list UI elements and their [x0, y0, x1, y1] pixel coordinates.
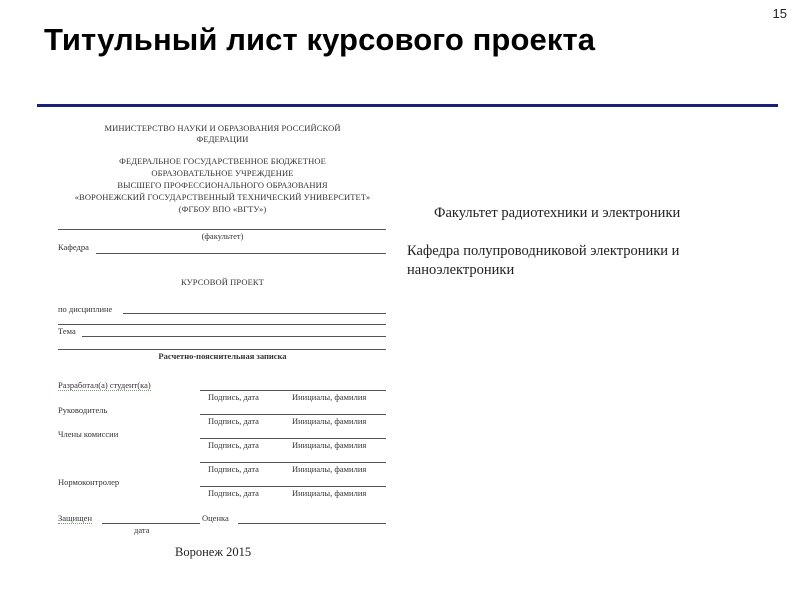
- title-underline: [37, 104, 778, 107]
- ministry-line-2: ФЕДЕРАЦИИ: [50, 134, 395, 146]
- date-caption: дата: [134, 525, 149, 535]
- institution-line-3: ВЫСШЕГО ПРОФЕССИОНАЛЬНОГО ОБРАЗОВАНИЯ: [50, 180, 395, 192]
- grade-line: [238, 523, 386, 524]
- topic-label: Тема: [58, 326, 76, 336]
- defended-date-line: [102, 523, 200, 524]
- signature-caption: Подпись, дата: [208, 488, 259, 498]
- department-label: Кафедра: [58, 242, 89, 252]
- signature-caption: Подпись, дата: [208, 392, 259, 402]
- name-caption: Инициалы, фамилия: [292, 440, 366, 450]
- role-norm-controller: Нормоконтролер: [58, 477, 119, 487]
- name-caption: Инициалы, фамилия: [292, 416, 366, 426]
- discipline-line: [123, 313, 386, 314]
- faculty-note: Факультет радиотехники и электроники: [434, 205, 680, 222]
- discipline-label: по дисциплине: [58, 304, 112, 314]
- norm-controller-sign-line: [200, 486, 386, 487]
- commission-sign-line-2: [200, 462, 386, 463]
- project-heading: КУРСОВОЙ ПРОЕКТ: [50, 277, 395, 289]
- faculty-caption: (факультет): [50, 231, 395, 243]
- note-heading: Расчетно-пояснительная записка: [50, 351, 395, 363]
- commission-sign-line-1: [200, 438, 386, 439]
- name-caption: Инициалы, фамилия: [292, 488, 366, 498]
- department-line: [96, 253, 386, 254]
- institution-line-5: (ФГБОУ ВПО «ВГТУ»): [50, 204, 395, 216]
- institution-line-4: «ВОРОНЕЖСКИЙ ГОСУДАРСТВЕННЫЙ ТЕХНИЧЕСКИЙ…: [50, 192, 395, 204]
- city-year: Воронеж 2015: [175, 545, 251, 560]
- signature-caption: Подпись, дата: [208, 464, 259, 474]
- department-note: Кафедра полупроводниковой электроники и …: [407, 242, 767, 280]
- name-caption: Инициалы, фамилия: [292, 464, 366, 474]
- faculty-line: [58, 229, 386, 230]
- institution-line-2: ОБРАЗОВАТЕЛЬНОЕ УЧРЕЖДЕНИЕ: [50, 168, 395, 180]
- developer-sign-line: [200, 390, 386, 391]
- name-caption: Инициалы, фамилия: [292, 392, 366, 402]
- institution-line-1: ФЕДЕРАЛЬНОЕ ГОСУДАРСТВЕННОЕ БЮДЖЕТНОЕ: [50, 156, 395, 168]
- role-commission: Члены комиссии: [58, 429, 118, 439]
- role-developer: Разработал(а) студент(ка): [58, 380, 151, 390]
- topic-line: [82, 336, 386, 337]
- topic-line-2: [58, 349, 386, 350]
- defended-label: Защищен: [58, 513, 92, 523]
- supervisor-sign-line: [200, 414, 386, 415]
- title-page-document: МИНИСТЕРСТВО НАУКИ И ОБРАЗОВАНИЯ РОССИЙС…: [50, 115, 395, 575]
- ministry-line-1: МИНИСТЕРСТВО НАУКИ И ОБРАЗОВАНИЯ РОССИЙС…: [50, 123, 395, 135]
- slide-number: 15: [773, 6, 787, 21]
- signature-caption: Подпись, дата: [208, 416, 259, 426]
- role-supervisor: Руководитель: [58, 405, 107, 415]
- slide-title: Титульный лист курсового проекта: [44, 22, 595, 58]
- signature-caption: Подпись, дата: [208, 440, 259, 450]
- discipline-line-2: [58, 324, 386, 325]
- grade-label: Оценка: [202, 513, 229, 523]
